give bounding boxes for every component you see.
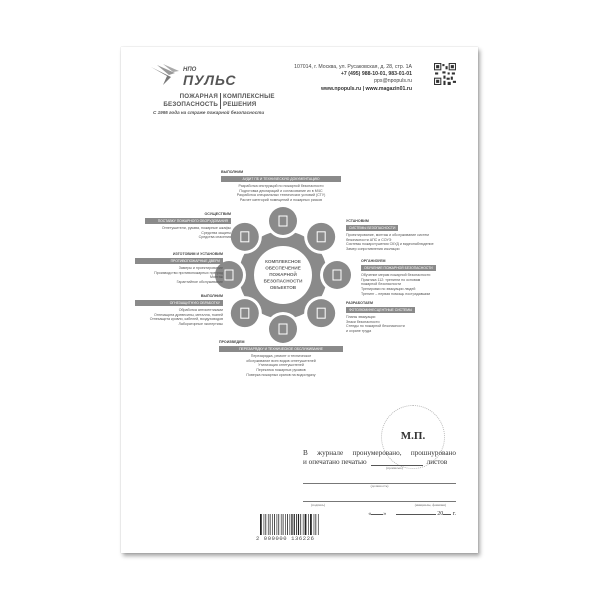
service-item: Замер сопротивления изоляции — [346, 247, 446, 252]
recharge-icon — [269, 315, 297, 343]
tagline-right: КОМПЛЕКСНЫЕ РЕШЕНИЯ — [223, 93, 303, 109]
service-verb: ОСУЩЕСТВИМ — [145, 212, 231, 217]
caption-position: (должность) — [303, 484, 456, 488]
barcode-number: 2 000000 136226 — [256, 535, 336, 542]
service-block-fireproofing: ВЫПОЛНИМ ОГНЕЗАЩИТНУЮ ОБРАБОТКУ Обработк… — [135, 294, 223, 327]
since-slogan: С 1995 года на страже пожарной безопасно… — [153, 110, 264, 115]
service-title: ОГНЕЗАЩИТНУЮ ОБРАБОТКУ — [135, 300, 223, 307]
service-verb: ИЗГОТОВИМ И УСТАНОВИМ — [135, 252, 223, 257]
form-word: В — [303, 449, 308, 457]
service-title: ОБУЧЕНИЕ ПОЖАРНОЙ БЕЗОПАСНОСТИ — [361, 265, 436, 272]
form-text: и опечатано печатью — [303, 458, 367, 466]
svg-text:ОБЪЕКТОВ: ОБЪЕКТОВ — [270, 285, 297, 290]
service-item: Лабораторные экспертизы — [135, 322, 223, 327]
form-line-1: В журнале пронумеровано, прошнуровано — [303, 449, 456, 457]
day-field[interactable] — [371, 514, 383, 515]
service-title: АУДИТ ПБ И ТЕХНИЧЕСКУЮ ДОКУМЕНТАЦИЮ — [221, 176, 341, 183]
form-word: пронумеровано, — [352, 449, 401, 457]
tagline-left: ПОЖАРНАЯ БЕЗОПАСНОСТЬ — [153, 93, 221, 109]
signature-field[interactable] — [303, 494, 456, 502]
service-verb: РАЗРАБОТАЕМ — [346, 301, 434, 306]
address: 107014, г. Москва, ул. Русаковская, д. 2… — [294, 64, 412, 71]
journal-cover-page: НПО ПУЛЬС ПОЖАРНАЯ БЕЗОПАСНОСТЬ КОМПЛЕКС… — [121, 47, 478, 553]
service-block-audit: ВЫПОЛНИМ АУДИТ ПБ И ТЕХНИЧЕСКУЮ ДОКУМЕНТ… — [221, 170, 341, 203]
contacts: 107014, г. Москва, ул. Русаковская, д. 2… — [294, 64, 412, 93]
document-check-icon — [269, 207, 297, 235]
websites: www.npopuls.ru | www.magazin01.ru — [294, 86, 412, 93]
service-block-equipment: ОСУЩЕСТВИМ ПОСТАВКУ ПОЖАРНОГО ОБОРУДОВАН… — [145, 212, 231, 240]
service-item: Тренинг – первая помощь пострадавшим — [361, 292, 449, 297]
service-block-training: ОРГАНИЗУЕМ ОБУЧЕНИЕ ПОЖАРНОЙ БЕЗОПАСНОСТ… — [361, 259, 449, 296]
logo-name: ПУЛЬС — [183, 72, 236, 88]
training-icon — [323, 261, 351, 289]
service-block-security-systems: УСТАНОВИМ СИСТЕМЫ БЕЗОПАСНОСТИ Проектиро… — [346, 219, 446, 252]
svg-text:ОБЕСПЕЧЕНИЕ: ОБЕСПЕЧЕНИЕ — [265, 266, 301, 271]
service-block-doors: ИЗГОТОВИМ И УСТАНОВИМ ПРОТИВОПОЖАРНЫЕ ДВ… — [135, 252, 223, 285]
quote-close: » — [383, 511, 386, 517]
service-verb: ОРГАНИЗУЕМ — [361, 259, 449, 264]
tagline-left-2: БЕЗОПАСНОСТЬ — [153, 101, 218, 109]
svg-text:КОМПЛЕКСНОЕ: КОМПЛЕКСНОЕ — [265, 259, 301, 264]
service-title: ПОСТАВКУ ПОЖАРНОГО ОБОРУДОВАНИЯ — [145, 218, 231, 225]
service-item: Средства спасения — [145, 235, 231, 240]
tagline-right-2: РЕШЕНИЯ — [223, 101, 303, 109]
service-item: и охране труда — [346, 329, 434, 334]
form-line-2: и опечатано печатью листов — [303, 458, 456, 466]
signature-captions: (подпись) (инициалы, фамилия) — [303, 503, 456, 507]
services-diagram: КОМПЛЕКСНОЕОБЕСПЕЧЕНИЕПОЖАРНОЙБЕЗОПАСНОС… — [121, 162, 478, 402]
service-title: ФОТОЛЮМИНЕСЦЕНТНЫЕ СИСТЕМЫ — [346, 307, 415, 314]
service-item: Расчет категорий помещений и пожарных ри… — [221, 198, 341, 203]
extinguisher-icon — [231, 223, 259, 251]
phone: +7 (495) 988-10-01, 983-01-01 — [294, 71, 412, 78]
service-verb: УСТАНОВИМ — [346, 219, 446, 224]
year-suffix: г. — [453, 511, 456, 517]
form-word: прошнуровано — [411, 449, 456, 457]
house-fire-icon — [231, 299, 259, 327]
svg-text:ПОЖАРНОЙ: ПОЖАРНОЙ — [269, 270, 297, 277]
position-field[interactable] — [303, 476, 456, 484]
service-verb: ПРОИЗВЕДЕМ — [219, 340, 343, 345]
tagline-right-1: КОМПЛЕКСНЫЕ — [223, 93, 303, 101]
svg-text:БЕЗОПАСНОСТИ: БЕЗОПАСНОСТИ — [264, 279, 303, 284]
caption-signature: (подпись) — [311, 503, 325, 507]
caption-name: (инициалы, фамилия) — [415, 503, 446, 507]
service-verb: ВЫПОЛНИМ — [135, 294, 223, 299]
service-item: Гарантийное обслуживание — [135, 280, 223, 285]
service-item: Поверка пожарных кранов на водоотдачу — [219, 373, 343, 378]
service-title: СИСТЕМЫ БЕЗОПАСНОСТИ — [346, 225, 398, 232]
year-field[interactable] — [443, 514, 451, 515]
service-block-photoluminescent: РАЗРАБОТАЕМ ФОТОЛЮМИНЕСЦЕНТНЫЕ СИСТЕМЫ П… — [346, 301, 434, 334]
service-verb: ВЫПОЛНИМ — [221, 170, 341, 175]
month-field[interactable] — [396, 514, 436, 515]
stamp-label: М.П. — [382, 430, 444, 442]
caption-count: (прописью) — [303, 466, 456, 470]
service-block-recharge: ПРОИЗВЕДЕМ ПЕРЕЗАРЯДКУ И ТЕХНИЧЕСКОЕ ОБС… — [219, 340, 343, 377]
service-title: ПЕРЕЗАРЯДКУ И ТЕХНИЧЕСКОЕ ОБСЛУЖИВАНИЕ — [219, 346, 343, 353]
journal-certification-form: В журнале пронумеровано, прошнуровано и … — [303, 449, 456, 517]
barcode-icon — [258, 514, 328, 536]
alarm-bell-icon — [307, 223, 335, 251]
evacuation-plan-icon — [307, 299, 335, 327]
form-text: листов — [427, 458, 448, 466]
service-title: ПРОТИВОПОЖАРНЫЕ ДВЕРИ — [135, 258, 223, 265]
email: pps@npopuls.ru — [294, 78, 412, 85]
tagline-left-1: ПОЖАРНАЯ — [153, 93, 218, 101]
form-word: журнале — [317, 449, 343, 457]
qr-code-icon — [434, 63, 456, 85]
